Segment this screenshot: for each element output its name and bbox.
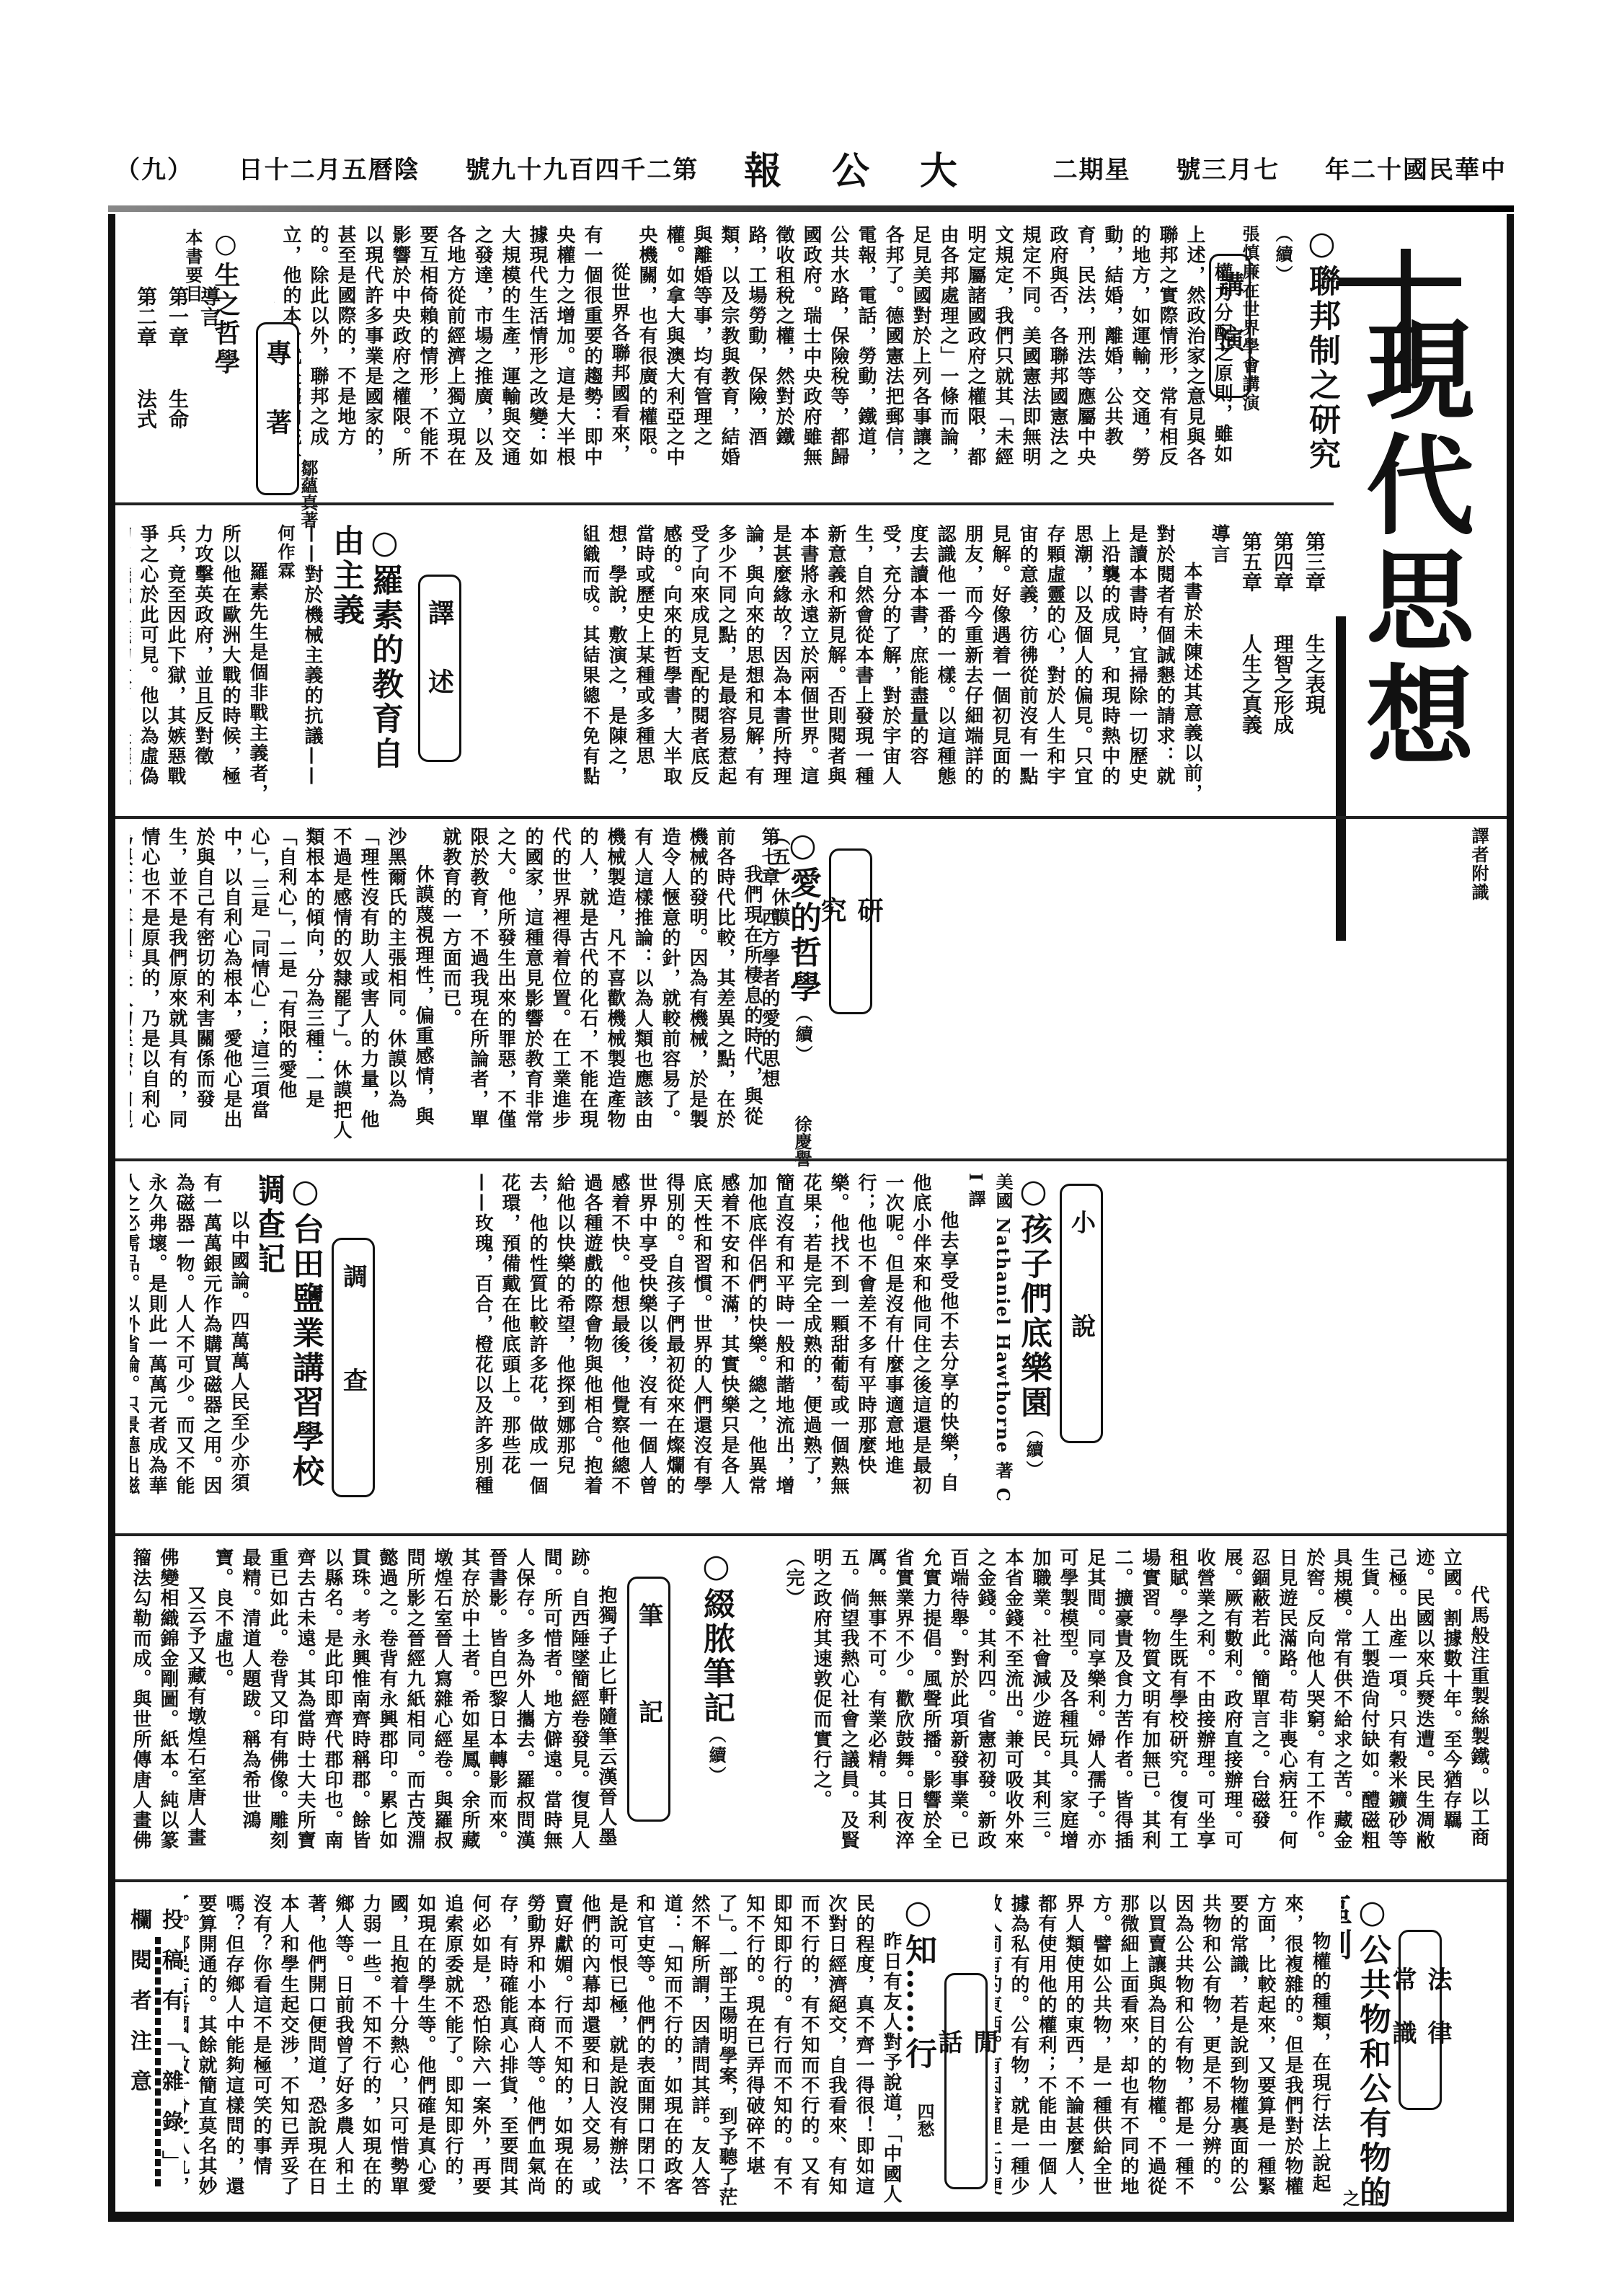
- republic-date: 中華民國十二年: [1325, 150, 1507, 185]
- toc-item: 第四章 理智之形成: [1267, 531, 1298, 748]
- article-title: ○孩子們底樂園（續）: [1014, 1173, 1052, 1519]
- section-tag-chat: 閒話: [944, 1973, 988, 2189]
- article-investigation-header: ○台田鹽業講習學校調查記 （續） （大平）: [260, 1173, 324, 1512]
- article-byline: 何作霖: [271, 524, 298, 805]
- page-number: （九）: [115, 150, 193, 185]
- issue-date: 七月三號: [1176, 150, 1280, 185]
- table-of-contents-continued: 第三章 生之表現 第四章 理智之形成 第五章 人生之真義: [1235, 531, 1330, 748]
- paper-name: 大公報: [744, 141, 1008, 195]
- section-tag-investigation: 調查: [332, 1238, 375, 1497]
- column-rule: [115, 1879, 1507, 1882]
- article-title: ○聯邦制之研究（續）: [1263, 225, 1341, 477]
- contributor-notice: 投稿有「雜錄」欄閱者注意: [123, 1908, 186, 2211]
- article-title: ○羅素的教育自由主義: [326, 524, 404, 805]
- translator-note-label: 譯者附識: [1465, 827, 1492, 1144]
- article-notes-header: ○綴脓筆記（續）: [678, 1548, 735, 1865]
- paragraph: 物權的種類，在現行法上說起來，很複雜的。但是我們對於物權方面，比較起來，又要算是…: [995, 1894, 1334, 2211]
- paragraph: 權力分配之原則，雖如上述，然政治家之意見與各聯邦之實際情形，常有相反的地方，如運…: [633, 225, 1236, 477]
- article-byline: 美國 Nathaniel Hawthorne 著 C I 譯: [962, 1173, 1016, 1512]
- article-byline: 鄒蘊真著: [296, 459, 321, 528]
- column-rule: [115, 1158, 1507, 1161]
- article-subtitle: ——對於機械主義的抗議——: [298, 524, 326, 805]
- section-tag-translation: 譯述: [418, 575, 461, 762]
- toc-item: 第二章 法式: [130, 286, 161, 474]
- article-byline: 張慎廉在世界學會講演: [1236, 225, 1263, 477]
- page-header: 中華民國十二年 七月三號 星期二 大公報 第二千四百九十九號 陰曆五月二十日 （…: [108, 133, 1514, 202]
- paragraph: 羅素先生是個非戰主義者，所以他在歐洲大戰的時候，極力攻擊英政府，並且反對徵兵，竟…: [130, 524, 271, 805]
- paragraph: 以中國論。四萬萬人民至少亦須有一萬萬銀元作為購買磁器之用。因為磁器一物。人人不可…: [130, 1173, 252, 1512]
- page-frame: 現代思想 講演 ○聯邦制之研究（續） 張慎廉在世界學會講演 權力分配之原則，雖如…: [108, 214, 1514, 2222]
- article-notes-body: 抱獨子止匕軒隨筆云漢晉人墨跡。自西陲墜簡經卷發見。復見人間。所可惜者。地方僻遠。…: [130, 1548, 620, 1865]
- article-title: ○台田鹽業講習學校調查記: [260, 1173, 324, 1512]
- article-byline: 正之: [1337, 2189, 1388, 2212]
- paragraph: 又云予又藏有墩煌石室唐人畫佛變相織錦金剛圖。紙本。純以篆籀法勾勒而成。與世所傳唐…: [130, 1548, 209, 1865]
- article-chat-body: 昨日有友人對予說道，「中國人民的程度，真不齊一得很！即如這次對日經濟絕交，自我看…: [184, 1894, 905, 2211]
- paragraph: 他去享受他不去分享的快樂，自他底小伴來和他同住之後這還是最初一次呢。但是沒有什麼…: [476, 1173, 962, 1512]
- section-tag-law: 法律常識: [1399, 1930, 1442, 2110]
- column-rule: [115, 1533, 1507, 1536]
- issue-number: 第二千四百九十九號: [465, 150, 699, 185]
- article-lecture: ○聯邦制之研究（續） 張慎廉在世界學會講演 權力分配之原則，雖如上述，然政治家之…: [274, 225, 1341, 477]
- column-rule: [115, 816, 1507, 819]
- section-tag-fiction: 小說: [1060, 1184, 1103, 1443]
- paragraph: 休謨蔑視理性，偏重感情，與沙黑爾氏的主張相同。休謨以為「理性沒有助人或害人的力量…: [130, 827, 437, 1144]
- article-research-body: （五）休謨 我們現在所棲息的時代，與從前各時代比較，其差異之點，在於機械的發明。…: [130, 827, 793, 1144]
- article-translation: ○羅素的教育自由主義 ——對於機械主義的抗議—— 何作霖 羅素先生是個非戰主義者…: [130, 524, 404, 805]
- column-rule: [115, 502, 1334, 505]
- section-label: （五）休謨: [766, 827, 793, 1144]
- article-research-tail: [1110, 1173, 1492, 1512]
- article-translation-continued: 譯者附識: [879, 827, 1492, 1144]
- paragraph: 我們現在所棲息的時代，與從前各時代比較，其差異之點，在於機械的發明。因為有機械，…: [437, 827, 766, 1144]
- section-tag-research: 研究: [829, 848, 872, 1014]
- paragraph: 抱獨子止匕軒隨筆云漢晉人墨跡。自西陲墜簡經卷發見。復見人間。所可惜者。地方僻遠。…: [209, 1548, 620, 1865]
- article-investigation-continued: 代馬般注重製絲製鐵。以工商立國。割據數十年。至今猶存羈迹。民國以來兵燹迭遭。民生…: [656, 1548, 1492, 1865]
- article-byline: 四愁: [912, 2103, 937, 2137]
- toc-item: 第五章 人生之真義: [1235, 531, 1267, 748]
- intro-label: 導言: [1205, 524, 1233, 805]
- article-title: ○公共物和公有物的區別: [1341, 1894, 1391, 2211]
- header-rule: [108, 205, 1514, 212]
- toc-item: 導言: [193, 286, 225, 474]
- article-fiction-body: 美國 Nathaniel Hawthorne 著 C I 譯 他去享受他不去分享…: [476, 1173, 1016, 1512]
- paragraph: 本書於未陳述其意義以前，對於閱者有個誠懇的請求：就是讀本書時，宜掃除一切歷史上沿…: [584, 524, 1205, 805]
- paragraph: 從世界各聯邦國看來，有一個很重要的趨勢：即中央權力之增加。這是大半根據現代生活情…: [274, 225, 633, 477]
- newspaper-page: 中華民國十二年 七月三號 星期二 大公報 第二千四百九十九號 陰曆五月二十日 （…: [108, 133, 1514, 2220]
- article-investigation-body: 以中國論。四萬萬人民至少亦須有一萬萬銀元作為購買磁器之用。因為磁器一物。人人不可…: [130, 1173, 252, 1512]
- masthead-ornament: [1339, 278, 1461, 286]
- paragraph: 代馬般注重製絲製鐵。以工商立國。割據數十年。至今猶存羈迹。民國以來兵燹迭遭。民生…: [807, 1548, 1492, 1865]
- lunar-date: 陰曆五月二十日: [239, 150, 420, 185]
- article-law-header: ○公共物和公有物的區別: [1341, 1894, 1391, 2211]
- paragraph: 昨日有友人對予說道，「中國人民的程度，真不齊一得很！即如這次對日經濟絕交，自我看…: [184, 1894, 905, 2211]
- section-tag-monograph: 專著: [256, 322, 299, 495]
- weekday: 星期二: [1053, 150, 1131, 185]
- article-law-body: 物權的種類，在現行法上說起來，很複雜的。但是我們對於物權方面，比較起來，又要算是…: [995, 1894, 1334, 2211]
- toc-item: 第一章 生命: [161, 286, 193, 474]
- section-tag-notes: 筆記: [627, 1577, 670, 1822]
- masthead-title: 現代思想: [1357, 314, 1465, 775]
- article-monograph-body: 導言 本書於未陳述其意義以前，對於閱者有個誠懇的請求：就是讀本書時，宜掃除一切歷…: [584, 524, 1233, 805]
- toc-item: 第三章 生之表現: [1298, 531, 1330, 748]
- article-title: ○綴脓筆記（續）: [696, 1548, 735, 1865]
- table-of-contents: 導言 第一章 生命 第二章 法式: [130, 286, 225, 474]
